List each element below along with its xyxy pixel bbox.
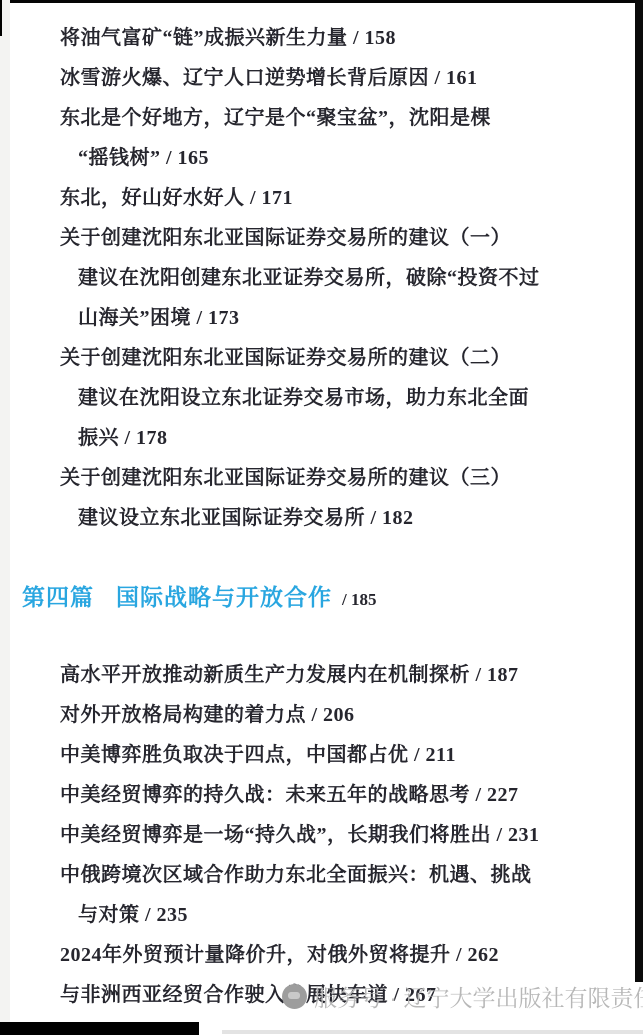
toc-entry-line: 关于创建沈阳东北亚国际证券交易所的建议（一） — [0, 218, 629, 258]
toc-entry-line: 冰雪游火爆、辽宁人口逆势增长背后原因 / 161 — [0, 58, 629, 98]
section-title: 国际战略与开放合作 — [116, 585, 332, 610]
toc-entry-line: 对外开放格局构建的着力点 / 206 — [0, 695, 629, 735]
service-account-icon — [282, 984, 307, 1009]
toc-entry-line: 关于创建沈阳东北亚国际证券交易所的建议（二） — [0, 338, 629, 378]
toc-list-top: 将油气富矿“链”成振兴新生力量 / 158冰雪游火爆、辽宁人口逆势增长背后原因 … — [0, 18, 629, 538]
toc-entry-line: 建议设立东北亚国际证券交易所 / 182 — [0, 498, 629, 538]
section-header: 第四篇国际战略与开放合作/ 185 — [22, 578, 629, 618]
toc-entry-line: 中俄跨境次区域合作助力东北全面振兴：机遇、挑战 — [0, 855, 629, 895]
toc-entry-line: 2024年外贸预计量降价升，对俄外贸将提升 / 262 — [0, 935, 629, 975]
section-page-number: / 185 — [342, 590, 376, 609]
toc-entry-line: 中美经贸博弈是一场“持久战”，长期我们将胜出 / 231 — [0, 815, 629, 855]
toc-entry-line: 东北，好山好水好人 / 171 — [0, 178, 629, 218]
toc-entry-line: 东北是个好地方，辽宁是个“聚宝盆”，沈阳是棵 — [0, 98, 629, 138]
toc-entry-line: “摇钱树” / 165 — [0, 138, 629, 178]
watermark-text: 服务号 · 辽宁大学出版社有限责任公司 — [314, 980, 643, 1013]
toc-entry-line: 中美博弈胜负取决于四点，中国都占优 / 211 — [0, 735, 629, 775]
toc-list-bottom: 高水平开放推动新质生产力发展内在机制探析 / 187对外开放格局构建的着力点 /… — [0, 655, 629, 1015]
progress-bar-filled — [0, 1022, 199, 1035]
toc-entry-line: 振兴 / 178 — [0, 418, 629, 458]
page-border-right — [635, 0, 643, 982]
toc-entry-line: 将油气富矿“链”成振兴新生力量 / 158 — [0, 18, 629, 58]
section-label: 第四篇 — [22, 585, 94, 610]
toc-entry-line: 中美经贸博弈的持久战：未来五年的战略思考 / 227 — [0, 775, 629, 815]
toc-entry-line: 高水平开放推动新质生产力发展内在机制探析 / 187 — [0, 655, 629, 695]
watermark: 服务号 · 辽宁大学出版社有限责任公司 — [282, 980, 643, 1013]
progress-bar-track — [222, 1030, 643, 1034]
toc-entry-line: 建议在沈阳创建东北亚证券交易所，破除“投资不过 — [0, 258, 629, 298]
toc-entry-line: 关于创建沈阳东北亚国际证券交易所的建议（三） — [0, 458, 629, 498]
toc-entry-line: 与对策 / 235 — [0, 895, 629, 935]
page-border-top — [0, 0, 643, 3]
toc-entry-line: 建议在沈阳设立东北证券交易市场，助力东北全面 — [0, 378, 629, 418]
toc-entry-line: 山海关”困境 / 173 — [0, 298, 629, 338]
